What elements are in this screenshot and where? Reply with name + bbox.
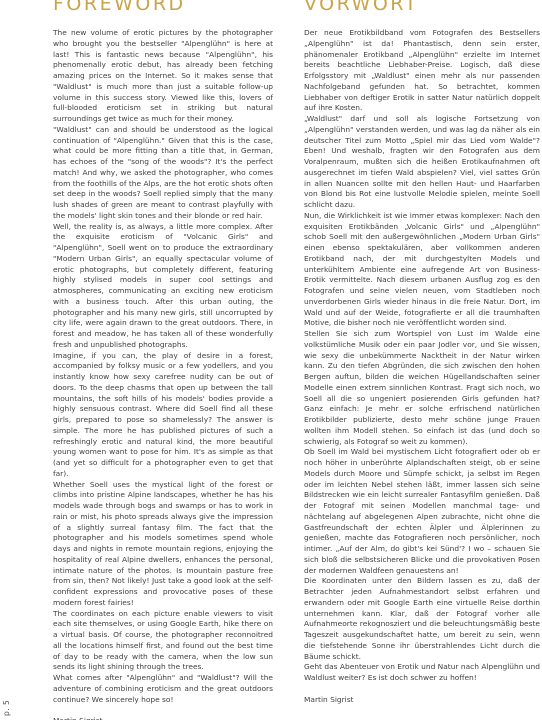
foreword-paragraph: Whether Soell uses the mystical light of… (53, 480, 273, 609)
vorwort-paragraph: Geht das Abenteuer von Erotik und Natur … (304, 662, 540, 684)
foreword-column: FOREWORD The new volume of erotic pictur… (53, 0, 273, 26)
page-number: p. 5 (2, 694, 12, 716)
foreword-paragraph: "Waldlust" can and should be understood … (53, 125, 273, 222)
vorwort-signature: Martin Sigrist (304, 695, 540, 706)
foreword-body: The new volume of erotic pictures by the… (53, 28, 273, 720)
vorwort-paragraph: Der neue Erotikbildband vom Fotografen d… (304, 28, 540, 114)
foreword-paragraph: What comes after "Alpenglühn" and "Waldl… (53, 673, 273, 705)
vorwort-paragraph: Ob Soell im Wald bei mystischem Licht fo… (304, 447, 540, 576)
foreword-paragraph: Imagine, if you can, the play of desire … (53, 351, 273, 480)
vorwort-paragraph: Nun, die Wirklichkeit ist wie immer etwa… (304, 211, 540, 329)
foreword-signature: Martin Sigrist (53, 716, 273, 720)
vorwort-body: Der neue Erotikbildband vom Fotografen d… (304, 28, 540, 705)
vorwort-paragraph: „Waldlust" darf und soll als logische Fo… (304, 114, 540, 211)
foreword-paragraph: Well, the reality is, as always, a littl… (53, 222, 273, 351)
vorwort-paragraph: Stellen Sie sich zum Wortspiel von Lust … (304, 329, 540, 447)
foreword-heading: FOREWORD (53, 0, 273, 20)
vorwort-column: VORWORT Der neue Erotikbildband vom Foto… (304, 0, 524, 26)
vorwort-heading: VORWORT (304, 0, 524, 20)
foreword-paragraph: The new volume of erotic pictures by the… (53, 28, 273, 125)
foreword-paragraph: The coordinates on each picture enable v… (53, 609, 273, 674)
vorwort-paragraph: Die Koordinaten unter den Bildern lassen… (304, 576, 540, 662)
